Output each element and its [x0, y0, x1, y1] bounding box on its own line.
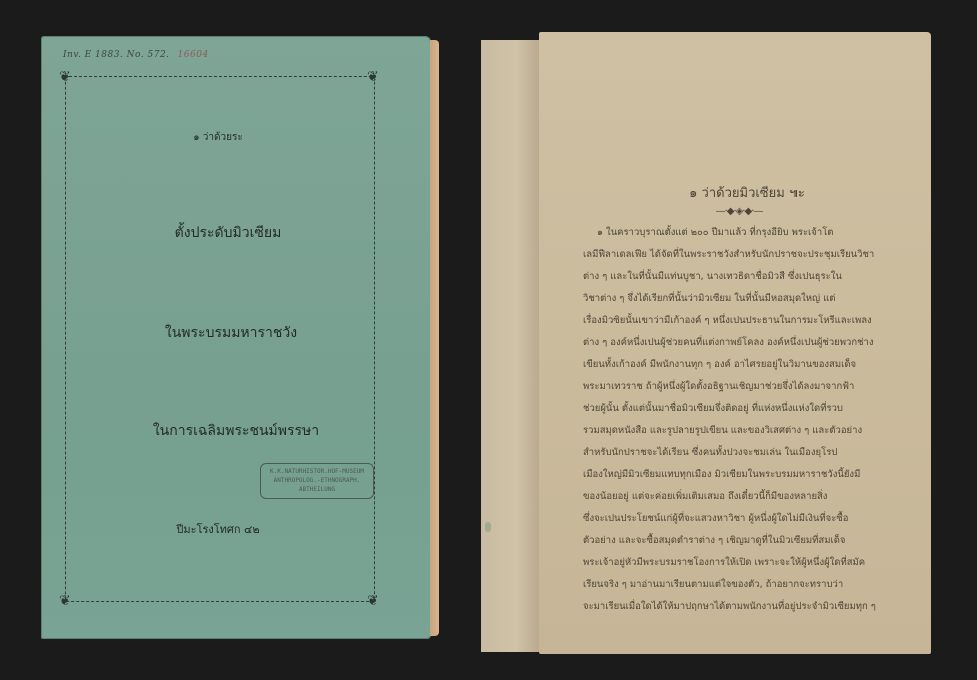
- text-line: เรื่องมิวซิยนั้นเขาว่ามีเก้าองค์ ๆ หนึ่ง…: [583, 310, 913, 332]
- text-line: ๑ ในคราวบุราณตั้งแต่ ๒๐๐ ปีมาแล้ว ที่กรุ…: [583, 222, 913, 244]
- booklet-cover: Inv. E 1883. No. 572.16604 ❦ ❦ ❦ ❦ ๑ ว่า…: [41, 36, 431, 639]
- page-heading: ๑ ว่าด้วยมิวเซียม ๚ะ: [539, 182, 931, 203]
- text-line: วิชาต่าง ๆ จึ่งได้เรียกที่นั้นว่ามิวเซีย…: [583, 288, 913, 310]
- text-page: ๑ ว่าด้วยมิวเซียม ๚ะ —·◆·◈·◆·— ๑ ในคราวบ…: [539, 32, 931, 654]
- stamp-line-2: ANTHROPOLOG.-ETHNOGRAPH.: [261, 476, 373, 485]
- text-line: ซึ่งจะเปนประโยชน์แก่ผู้ที่จะแสวงหาวิชา ผ…: [583, 508, 913, 530]
- cover-series-label: ๑ ว่าด้วยระ: [23, 130, 413, 145]
- corner-ornament-icon: ❦: [59, 594, 73, 608]
- page-body: ๑ ในคราวบุราณตั้งแต่ ๒๐๐ ปีมาแล้ว ที่กรุ…: [583, 222, 913, 618]
- page-fold-flap: [481, 40, 540, 652]
- stamp-line-3: ABTHEILUNG: [261, 485, 373, 494]
- text-line: ตัวอย่าง และจะซื้อสมุดตำราต่าง ๆ เชิญมาด…: [583, 530, 913, 552]
- text-line: พระมาเทวราช ถ้าผู้หนึ่งผู้ใดตั้งอธิฐานเช…: [583, 376, 913, 398]
- corner-ornament-icon: ❦: [59, 70, 73, 84]
- cover-title-line-2: ในพระบรมมหาราชวัง: [36, 322, 426, 344]
- text-line: ต่าง ๆ องค์หนึ่งเปนผู้ช่วยคนที่แต่งกาพย์…: [583, 332, 913, 354]
- text-line: เขียนทั้งเก้าองค์ มีพนักงานทุก ๆ องค์ อา…: [583, 354, 913, 376]
- text-line: ของน้อยอยู่ แต่จะค่อยเพิ่มเติมเสมอ ถึงเด…: [583, 486, 913, 508]
- text-line: เลมีฟีลาเดลเฟีย ได้จัดที่ในพระราชวังสำหร…: [583, 244, 913, 266]
- cover-page-edge: [430, 40, 439, 636]
- accession-number: Inv. E 1883. No. 572.: [63, 50, 170, 60]
- cover-title-line-3: ในการเฉลิมพระชนม์พรรษา: [41, 420, 431, 442]
- text-line: จะมาเรียนเมื่อใดได้ให้มาปฤกษาได้ตามพนักง…: [583, 596, 913, 618]
- museum-stamp: K.K.NATURHISTOR.HOF-MUSEUM ANTHROPOLOG.-…: [260, 463, 374, 499]
- corner-ornament-icon: ❦: [367, 594, 381, 608]
- cover-title-line-1: ตั้งประดับมิวเซียม: [33, 222, 423, 244]
- cover-year-line: ปีมะโรงโทศก ๔๒: [23, 520, 413, 538]
- page-stain: [485, 522, 491, 532]
- text-line: สำหรับนักปราชจะได้เรียน ซึ่งคนทั้งปวงจะช…: [583, 442, 913, 464]
- accession-note: Inv. E 1883. No. 572.16604: [63, 50, 209, 60]
- accession-number-red: 16604: [178, 50, 209, 60]
- text-line: รวมสมุดหนังสือ และรูปลายรูปเขียน และของว…: [583, 420, 913, 442]
- text-line: เมืองใหญ่มีมิวเซียมแทบทุกเมือง มิวเซียมใ…: [583, 464, 913, 486]
- text-line: ช่วยผู้นั้น ตั้งแต่นั้นมาชื่อมิวเซียมจึ่…: [583, 398, 913, 420]
- text-line: ต่าง ๆ และในที่นั้นมีแท่นบูชา, นางเทวธิด…: [583, 266, 913, 288]
- opened-page: ๑ ว่าด้วยมิวเซียม ๚ะ —·◆·◈·◆·— ๑ ในคราวบ…: [481, 32, 933, 656]
- text-line: พระเจ้าอยู่หัวมีพระบรมราชโองการให้เปิด เ…: [583, 552, 913, 574]
- text-line: เรียนจริง ๆ มาอ่านมาเรียนตามแต่ใจของตัว,…: [583, 574, 913, 596]
- divider-ornament-icon: —·◆·◈·◆·—: [679, 206, 799, 217]
- corner-ornament-icon: ❦: [367, 70, 381, 84]
- stamp-line-1: K.K.NATURHISTOR.HOF-MUSEUM: [261, 467, 373, 476]
